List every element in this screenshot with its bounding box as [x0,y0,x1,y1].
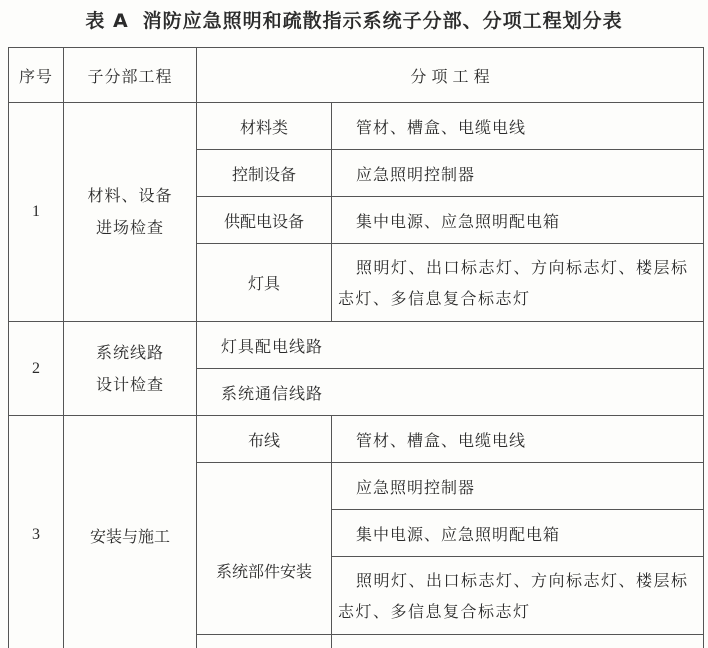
sub-division-line: 进场检查 [64,212,196,244]
item-name-cell: 灯具配电线路 [197,322,704,369]
item-name-cell: 系统通信线路 [197,369,704,416]
table-title-text: 消防应急照明和疏散指示系统子分部、分项工程划分表 [143,10,623,32]
header-seq: 序号 [9,48,64,103]
table-row: 1 材料、设备 进场检查 材料类 管材、槽盒、电缆电线 [9,103,704,150]
item-detail-cell: 照明灯、出口标志灯、方向标志灯、楼层标志灯、多信息复合标志灯 [332,244,704,322]
table-title-label: 表 A [85,10,128,32]
item-detail-cell: 应急照明控制器 [332,463,704,510]
sub-division-cell: 安装与施工 [64,416,197,648]
table-header-row: 序号 子分部工程 分 项 工 程 [9,48,704,103]
sub-division-cell: 系统线路 设计检查 [64,322,197,416]
seq-cell: 3 [9,416,64,648]
item-name-cell: 系统部件安装 [197,463,332,635]
sub-division-line: 材料、设备 [64,180,196,212]
item-name-cell: 控制设备 [197,150,332,197]
empty-cell [197,635,332,648]
item-detail-cell: 照明灯、出口标志灯、方向标志灯、楼层标志灯、多信息复合标志灯 [332,557,704,635]
empty-cell [332,635,704,648]
header-sub-division: 子分部工程 [64,48,197,103]
item-detail-cell: 管材、槽盒、电缆电线 [332,103,704,150]
item-name-cell: 布线 [197,416,332,463]
sub-division-line: 系统线路 [64,337,196,369]
table-row: 2 系统线路 设计检查 灯具配电线路 [9,322,704,369]
item-detail-cell: 管材、槽盒、电缆电线 [332,416,704,463]
item-name-cell: 材料类 [197,103,332,150]
item-detail-cell: 集中电源、应急照明配电箱 [332,510,704,557]
item-detail-cell: 应急照明控制器 [332,150,704,197]
table-row: 3 安装与施工 布线 管材、槽盒、电缆电线 [9,416,704,463]
item-name-cell: 灯具 [197,244,332,322]
seq-cell: 2 [9,322,64,416]
seq-cell: 1 [9,103,64,322]
sub-division-line: 设计检查 [64,369,196,401]
item-name-cell: 供配电设备 [197,197,332,244]
division-table: 序号 子分部工程 分 项 工 程 1 材料、设备 进场检查 材料类 管材、槽盒、… [8,47,704,648]
table-title: 表 A消防应急照明和疏散指示系统子分部、分项工程划分表 [0,6,708,33]
item-detail-cell: 集中电源、应急照明配电箱 [332,197,704,244]
sub-division-cell: 材料、设备 进场检查 [64,103,197,322]
header-item: 分 项 工 程 [197,48,704,103]
